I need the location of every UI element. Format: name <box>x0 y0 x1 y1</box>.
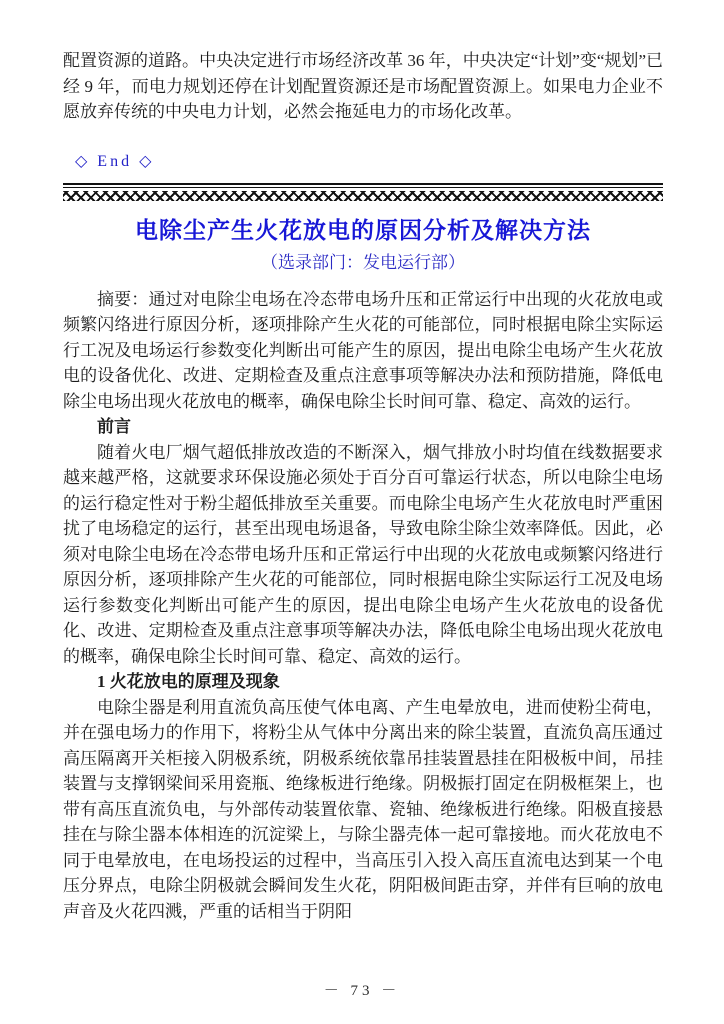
divider-zigzag-border <box>63 191 663 201</box>
previous-article-closing-paragraph: 配置资源的道路。中央决定进行市场经济改革 36 年，中央决定“计划”变“规划”已… <box>63 48 663 125</box>
divider-thin-line <box>63 187 663 188</box>
preface-paragraph: 随着火电厂烟气超低排放改造的不断深入，烟气排放小时均值在线数据要求越来越严格，这… <box>63 440 663 670</box>
section-heading-1: 1 火花放电的原理及现象 <box>63 669 663 695</box>
page-number: － 73 － <box>0 979 724 1000</box>
section-heading-preface: 前言 <box>63 414 663 440</box>
article-subtitle: （选录部门：发电运行部） <box>63 251 663 275</box>
abstract-paragraph: 摘要：通过对电除尘电场在冷态带电场升压和正常运行中出现的火花放电或频繁闪络进行原… <box>63 287 663 415</box>
section-1-paragraph: 电除尘器是利用直流负高压使气体电离、产生电晕放电，进而使粉尘荷电，并在强电场力的… <box>63 695 663 925</box>
article-divider <box>63 183 663 201</box>
document-page: 配置资源的道路。中央决定进行市场经济改革 36 年，中央决定“计划”变“规划”已… <box>0 0 724 1024</box>
article-title: 电除尘产生火花放电的原因分析及解决方法 <box>63 215 663 245</box>
end-marker: ◇ End ◇ <box>63 151 663 171</box>
divider-thick-line <box>63 183 663 185</box>
